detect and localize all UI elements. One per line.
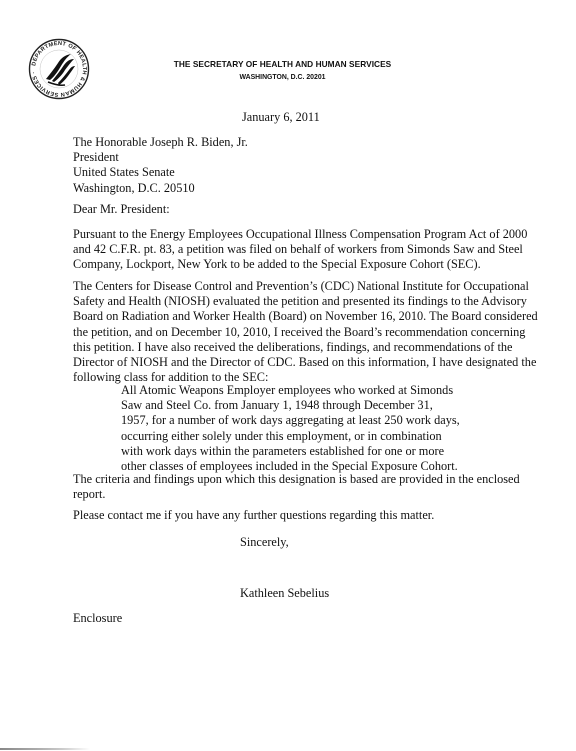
- paragraph-line: Board on Radiation and Worker Health (Bo…: [73, 309, 573, 324]
- sec-class-definition: All Atomic Weapons Employer employees wh…: [121, 383, 460, 474]
- recipient-title: President: [73, 150, 248, 165]
- class-line: Saw and Steel Co. from January 1, 1948 t…: [121, 398, 460, 413]
- paragraph-line: Please contact me if you have any furthe…: [73, 508, 573, 523]
- letter-date: January 6, 2011: [242, 110, 320, 125]
- paragraph-line: Safety and Health (NIOSH) evaluated the …: [73, 294, 573, 309]
- recipient-city: Washington, D.C. 20510: [73, 181, 248, 196]
- paragraph-line: The criteria and findings upon which thi…: [73, 472, 573, 487]
- class-line: with work days within the parameters est…: [121, 444, 460, 459]
- class-line: 1957, for a number of work days aggregat…: [121, 413, 460, 428]
- paragraph-line: the petition, and on December 10, 2010, …: [73, 325, 573, 340]
- hhs-seal-icon: DEPARTMENT OF HEALTH & HUMAN SERVICES · …: [28, 38, 90, 100]
- recipient-organization: United States Senate: [73, 165, 248, 180]
- class-line: All Atomic Weapons Employer employees wh…: [121, 383, 460, 398]
- body-paragraph-4: Please contact me if you have any furthe…: [73, 508, 573, 523]
- recipient-address: The Honorable Joseph R. Biden, Jr. Presi…: [73, 135, 248, 196]
- scan-edge-artifact: [0, 748, 90, 750]
- paragraph-line: Pursuant to the Energy Employees Occupat…: [73, 227, 573, 242]
- body-paragraph-2: The Centers for Disease Control and Prev…: [73, 279, 573, 385]
- letterhead-title: THE SECRETARY OF HEALTH AND HUMAN SERVIC…: [160, 59, 405, 69]
- body-paragraph-1: Pursuant to the Energy Employees Occupat…: [73, 227, 573, 273]
- class-line: occurring either solely under this emplo…: [121, 429, 460, 444]
- signer-name: Kathleen Sebelius: [240, 586, 329, 601]
- paragraph-line: Company, Lockport, New York to be added …: [73, 257, 573, 272]
- salutation: Dear Mr. President:: [73, 202, 170, 217]
- enclosure-note: Enclosure: [73, 611, 122, 626]
- paragraph-line: report.: [73, 487, 573, 502]
- letterhead-address: WASHINGTON, D.C. 20201: [160, 73, 405, 82]
- closing: Sincerely,: [240, 535, 289, 550]
- body-paragraph-3: The criteria and findings upon which thi…: [73, 472, 573, 502]
- paragraph-line: this petition. I have also received the …: [73, 340, 573, 355]
- paragraph-line: Director of NIOSH and the Director of CD…: [73, 355, 573, 370]
- paragraph-line: and 42 C.F.R. pt. 83, a petition was fil…: [73, 242, 573, 257]
- paragraph-line: The Centers for Disease Control and Prev…: [73, 279, 573, 294]
- recipient-name: The Honorable Joseph R. Biden, Jr.: [73, 135, 248, 150]
